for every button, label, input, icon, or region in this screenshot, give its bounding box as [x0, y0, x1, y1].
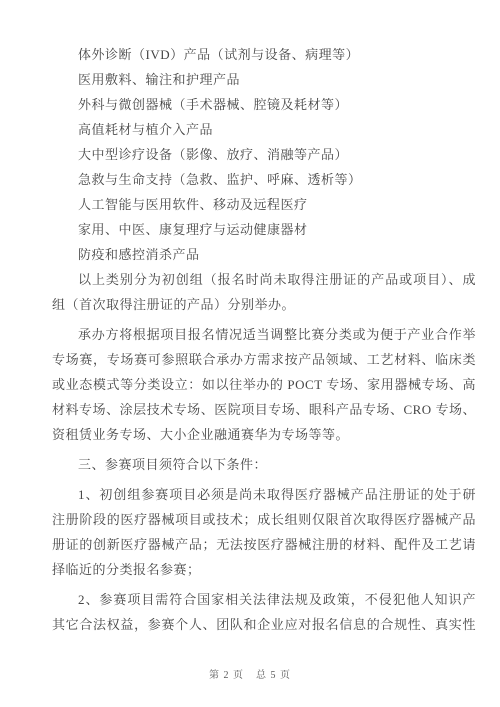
category-list-item: 防疫和感控消杀产品: [52, 242, 476, 267]
text-line: 承办方将根据项目报名情况适当调整比赛分类或为便于产业合作举办: [52, 322, 476, 347]
text-line: 体外诊断（IVD）产品（试剂与设备、病理等）: [52, 42, 476, 67]
category-list-item: 大中型诊疗设备（影像、放疗、消融等产品）: [52, 142, 476, 167]
category-list-item: 急救与生命支持（急救、监护、呼麻、透析等）: [52, 167, 476, 192]
category-list-item: 高值耗材与植介入产品: [52, 117, 476, 142]
text-line: 高值耗材与植介入产品: [52, 117, 476, 142]
text-line: 材料专场、涂层技术专场、医院项目专场、眼科产品专场、CRO 专场、融: [52, 397, 476, 422]
text-line: 或业态模式等分类设立：如以往举办的 POCT 专场、家用器械专场、高分子: [52, 372, 476, 397]
text-line: 大中型诊疗设备（影像、放疗、消融等产品）: [52, 142, 476, 167]
paragraph: 1、初创组参赛项目必须是尚未取得医疗器械产品注册证的处于研发或注册阶段的医疗器械…: [52, 482, 476, 582]
document-page: 体外诊断（IVD）产品（试剂与设备、病理等）医用敷料、输注和护理产品外科与微创器…: [0, 0, 500, 707]
text-line: 急救与生命支持（急救、监护、呼麻、透析等）: [52, 167, 476, 192]
text-line: 资租赁业务专场、大小企业融通赛华为专场等等。: [52, 422, 476, 447]
text-line: 医用敷料、输注和护理产品: [52, 67, 476, 92]
text-line: 以上类别分为初创组（报名时尚未取得注册证的产品或项目）、成长: [52, 267, 476, 292]
text-line: 2、参赛项目需符合国家相关法律法规及政策，不侵犯他人知识产权与: [52, 587, 476, 612]
category-list-item: 医用敷料、输注和护理产品: [52, 67, 476, 92]
text-line: 册证的创新医疗器械产品；无法按医疗器械注册的材料、配件及工艺请选: [52, 532, 476, 557]
category-list-item: 外科与微创器械（手术器械、腔镜及耗材等）: [52, 92, 476, 117]
document-body: 体外诊断（IVD）产品（试剂与设备、病理等）医用敷料、输注和护理产品外科与微创器…: [52, 42, 476, 637]
paragraph: 以上类别分为初创组（报名时尚未取得注册证的产品或项目）、成长组（首次取得注册证的…: [52, 267, 476, 317]
page-total-label: 总 5 页: [256, 670, 291, 681]
text-line: 家用、中医、康复理疗与运动健康器材: [52, 217, 476, 242]
text-line: 外科与微创器械（手术器械、腔镜及耗材等）: [52, 92, 476, 117]
category-list-item: 人工智能与医用软件、移动及远程医疗: [52, 192, 476, 217]
text-line: 专场赛，专场赛可参照联合承办方需求按产品领域、工艺材料、临床类别: [52, 347, 476, 372]
text-line: 1、初创组参赛项目必须是尚未取得医疗器械产品注册证的处于研发或: [52, 482, 476, 507]
paragraph: 2、参赛项目需符合国家相关法律法规及政策，不侵犯他人知识产权与其它合法权益，参赛…: [52, 587, 476, 637]
section-heading: 三、参赛项目须符合以下条件：: [52, 452, 476, 477]
paragraph: 承办方将根据项目报名情况适当调整比赛分类或为便于产业合作举办专场赛，专场赛可参照…: [52, 322, 476, 447]
text-line: 择临近的分类报名参赛；: [52, 557, 476, 582]
category-list-item: 体外诊断（IVD）产品（试剂与设备、病理等）: [52, 42, 476, 67]
page-number-label: 第 2 页: [209, 670, 244, 681]
text-line: 其它合法权益，参赛个人、团队和企业应对报名信息的合规性、真实性负: [52, 612, 476, 637]
text-line: 防疫和感控消杀产品: [52, 242, 476, 267]
category-list-item: 家用、中医、康复理疗与运动健康器材: [52, 217, 476, 242]
text-line: 注册阶段的医疗器械项目或技术；成长组则仅限首次取得医疗器械产品注: [52, 507, 476, 532]
page-footer: 第 2 页总 5 页: [0, 666, 500, 681]
text-line: 三、参赛项目须符合以下条件：: [52, 452, 476, 477]
text-line: 人工智能与医用软件、移动及远程医疗: [52, 192, 476, 217]
text-line: 组（首次取得注册证的产品）分别举办。: [52, 292, 476, 317]
